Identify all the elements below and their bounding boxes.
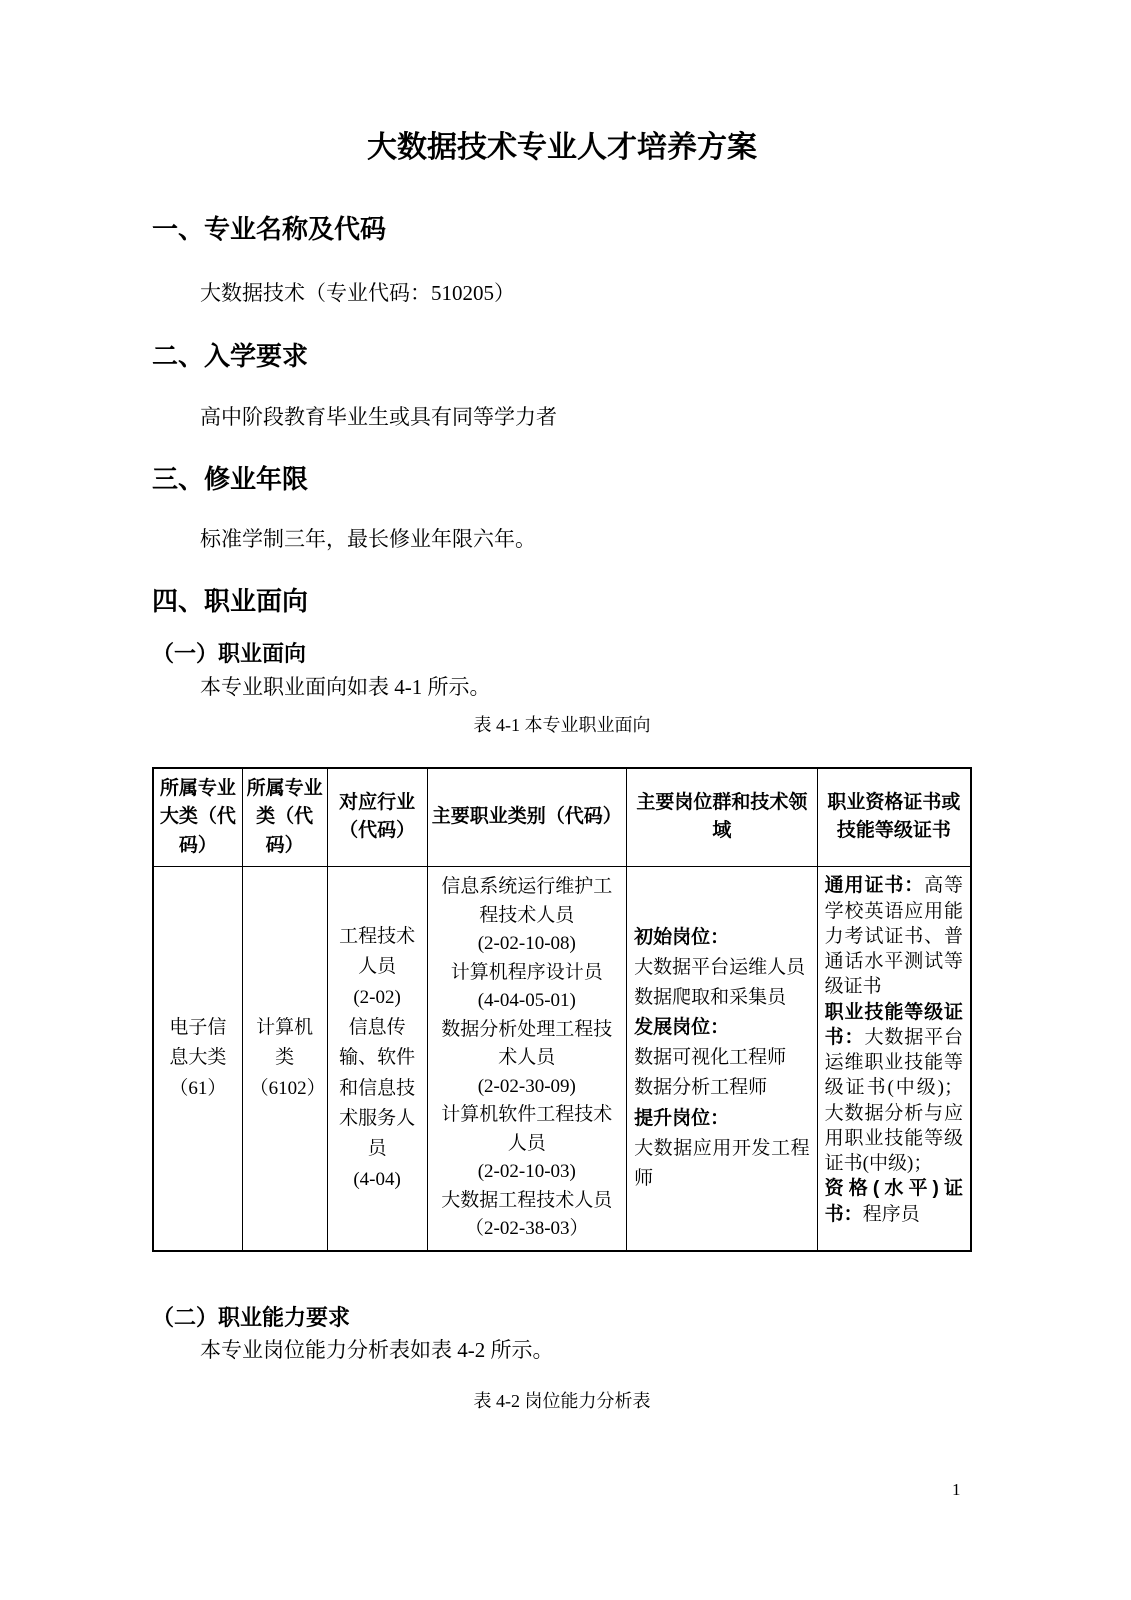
- cell-major-class: 计算机类 （6102）: [242, 867, 327, 1251]
- header-occupation: 主要职业类别（代码）: [427, 768, 627, 867]
- section-heading-4: 四、职业面向: [152, 585, 972, 619]
- subsection-body-1: 本专业职业面向如表 4-1 所示。: [152, 673, 972, 702]
- cell-posts: 初始岗位： 大数据平台运维人员 数据爬取和采集员 发展岗位： 数据可视化工程师 …: [627, 867, 818, 1251]
- career-orientation-table: 所属专业大类（代码） 所属专业类（代码） 对应行业（代码） 主要职业类别（代码）…: [152, 767, 972, 1252]
- page-content: 大数据技术专业人才培养方案 一、专业名称及代码 大数据技术（专业代码：51020…: [152, 0, 972, 1413]
- header-certificates: 职业资格证书或技能等级证书: [817, 768, 971, 867]
- subsection-body-2: 本专业岗位能力分析表如表 4-2 所示。: [152, 1336, 972, 1365]
- header-posts: 主要岗位群和技术领域: [627, 768, 818, 867]
- page-number: 1: [952, 1480, 961, 1500]
- header-industry: 对应行业（代码）: [327, 768, 427, 867]
- table-header-row: 所属专业大类（代码） 所属专业类（代码） 对应行业（代码） 主要职业类别（代码）…: [153, 768, 971, 867]
- section-heading-1: 一、专业名称及代码: [152, 213, 972, 247]
- section-heading-3: 三、修业年限: [152, 463, 972, 497]
- table-data-row: 电子信息大类 （61） 计算机类 （6102） 工程技术人员 (2-02) 信息…: [153, 867, 971, 1251]
- table-caption-1: 表 4-1 本专业职业面向: [152, 714, 972, 737]
- post-group-promotion-label: 提升岗位：: [634, 1104, 810, 1134]
- post-group-initial-label: 初始岗位：: [634, 923, 810, 953]
- section-body-3: 标准学制三年，最长修业年限六年。: [152, 525, 972, 554]
- cell-certificates: 通用证书：高等学校英语应用能力考试证书、普通话水平测试等级证书 职业技能等级证书…: [817, 867, 971, 1251]
- header-major-category: 所属专业大类（代码）: [153, 768, 242, 867]
- section-heading-2: 二、入学要求: [152, 340, 972, 374]
- section-body-2: 高中阶段教育毕业生或具有同等学力者: [152, 403, 972, 432]
- cert-general-label: 通用证书：: [825, 875, 924, 896]
- section-body-1: 大数据技术（专业代码：510205）: [152, 279, 972, 308]
- header-major-class: 所属专业类（代码）: [242, 768, 327, 867]
- subsection-heading-2: （二）职业能力要求: [152, 1304, 972, 1333]
- document-page: { "document": { "title": "大数据技术专业人才培养方案"…: [0, 0, 1131, 1600]
- cell-occupations: 信息系统运行维护工程技术人员 (2-02-10-08) 计算机程序设计员 (4-…: [427, 867, 627, 1251]
- cell-major-category: 电子信息大类 （61）: [153, 867, 242, 1251]
- doc-title: 大数据技术专业人才培养方案: [152, 128, 972, 167]
- table-caption-2: 表 4-2 岗位能力分析表: [152, 1390, 972, 1413]
- cell-industry: 工程技术人员 (2-02) 信息传输、软件和信息技术服务人员 (4-04): [327, 867, 427, 1251]
- post-group-development-label: 发展岗位：: [634, 1013, 810, 1043]
- subsection-heading-1: （一）职业面向: [152, 640, 972, 669]
